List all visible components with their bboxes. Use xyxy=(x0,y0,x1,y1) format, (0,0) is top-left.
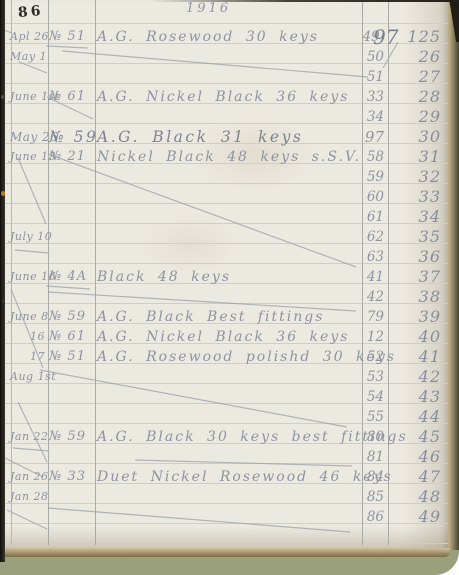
entry-date: Jan 28 xyxy=(10,490,49,504)
serial-number: 51 xyxy=(356,70,384,84)
entry-description: Black 48 keys xyxy=(97,270,231,284)
ledger-row: 5127 xyxy=(4,64,448,84)
model-number: № 59 xyxy=(49,130,98,144)
serial-number: 52 xyxy=(356,350,384,364)
entry-date: Jan 22 xyxy=(10,430,49,444)
running-number: 30 xyxy=(388,130,441,144)
running-number: 32 xyxy=(388,170,441,184)
entry-date: May 1 xyxy=(10,50,47,64)
running-number: 37 xyxy=(388,270,441,284)
entry-description: A.G. Nickel Black 36 keys xyxy=(97,330,349,344)
binding-speck xyxy=(1,95,4,99)
ledger-row: 6336 xyxy=(4,244,448,264)
ledger-row: Apl 26№ 51A.G. Rosewood 30 keys49.97125 xyxy=(4,24,448,44)
ledger-row: May 26№ 59A.G. Black 31 keys9730 xyxy=(4,124,448,144)
entry-date: 16 xyxy=(30,330,45,344)
ledger-row: 4238 xyxy=(4,284,448,304)
serial-number: 58 xyxy=(356,150,384,164)
running-number: 36 xyxy=(388,250,441,264)
running-number: 28 xyxy=(388,90,441,104)
ledger-row: 16№ 61A.G. Nickel Black 36 keys1240 xyxy=(4,324,448,344)
serial-number: 54 xyxy=(356,390,384,404)
serial-number: 97 xyxy=(356,130,384,144)
ledger-row: 8649 xyxy=(4,504,448,524)
ledger-row: 17№ 51A.G. Rosewood polishd 30 keys5241 xyxy=(4,344,448,364)
serial-number: 60 xyxy=(356,190,384,204)
ledger-row: 3429 xyxy=(4,104,448,124)
binding-speck xyxy=(2,300,5,303)
ledger-row: July 106235 xyxy=(4,224,448,244)
entry-description: A.G. Nickel Black 36 keys xyxy=(97,90,349,104)
serial-number: 41 xyxy=(356,270,384,284)
running-number: 34 xyxy=(388,210,441,224)
running-number: 35 xyxy=(388,230,441,244)
ledger-rows: Apl 26№ 51A.G. Rosewood 30 keys49.97125M… xyxy=(4,0,448,548)
ledger-page: 86 1916 Apl 26№ 51A.G. Rosewood 30 keys4… xyxy=(4,0,450,548)
running-number: 43 xyxy=(388,390,441,404)
entry-description: A.G. Rosewood 30 keys xyxy=(97,30,319,44)
page-stack-edge-bottom xyxy=(3,548,450,557)
serial-number: 63 xyxy=(356,250,384,264)
serial-number: 55 xyxy=(356,410,384,424)
entry-description: A.G. Black Best fittings xyxy=(97,310,324,324)
ledger-row: 8146 xyxy=(4,444,448,464)
serial-number: 86 xyxy=(356,510,384,524)
model-number: № 59 xyxy=(49,430,86,444)
serial-number: 61 xyxy=(356,210,384,224)
entry-date: Apl 26 xyxy=(10,30,49,44)
ledger-row: 6134 xyxy=(4,204,448,224)
running-number: 33 xyxy=(388,190,441,204)
entry-date: 17 xyxy=(30,350,45,364)
serial-number: 84 xyxy=(356,470,384,484)
running-number: 39 xyxy=(388,310,441,324)
serial-number: 50 xyxy=(356,50,384,64)
ledger-row: Aug 1st5342 xyxy=(4,364,448,384)
serial-number: 34 xyxy=(356,110,384,124)
running-number: 41 xyxy=(388,350,441,364)
ledger-row: June 1st№ 61A.G. Nickel Black 36 keys332… xyxy=(4,84,448,104)
serial-number: 59 xyxy=(356,170,384,184)
serial-number: 85 xyxy=(356,490,384,504)
running-number: 27 xyxy=(388,70,441,84)
running-number: 42 xyxy=(388,370,441,384)
ledger-row: Jan 288548 xyxy=(4,484,448,504)
running-number: 47 xyxy=(388,470,441,484)
model-number: № 61 xyxy=(49,330,86,344)
running-number: 49 xyxy=(388,510,441,524)
serial-number: 80 xyxy=(356,430,384,444)
model-number: № 33 xyxy=(49,470,86,484)
serial-number: 12 xyxy=(356,330,384,344)
entry-description: A.G. Black 31 keys xyxy=(97,130,303,144)
running-number: 125 xyxy=(388,30,441,44)
serial-number: 81 xyxy=(356,450,384,464)
serial-number: 33 xyxy=(356,90,384,104)
ledger-row: 5932 xyxy=(4,164,448,184)
entry-description: Nickel Black 48 keys s.S.V. xyxy=(97,150,361,164)
entry-description: Duet Nickel Rosewood 46 keys xyxy=(97,470,393,484)
ledger-row: 5544 xyxy=(4,404,448,424)
ledger-row: 6033 xyxy=(4,184,448,204)
ledger-row: Jan 26№ 33Duet Nickel Rosewood 46 keys84… xyxy=(4,464,448,484)
running-number: 48 xyxy=(388,490,441,504)
model-number: № 51 xyxy=(49,350,86,364)
model-number: № 59 xyxy=(49,310,86,324)
binding-speck xyxy=(1,191,5,196)
model-number: № 21 xyxy=(49,150,86,164)
entry-date: Aug 1st xyxy=(10,370,56,384)
entry-date: July 10 xyxy=(10,230,52,244)
running-number: 38 xyxy=(388,290,441,304)
running-number: 29 xyxy=(388,110,441,124)
running-number: 31 xyxy=(388,150,441,164)
serial-number: 79 xyxy=(356,310,384,324)
ledger-row: June 13№ 21Nickel Black 48 keys s.S.V.58… xyxy=(4,144,448,164)
model-number: № 51 xyxy=(49,30,86,44)
running-number: 44 xyxy=(388,410,441,424)
binding-edge xyxy=(0,0,5,562)
ledger-row: 5443 xyxy=(4,384,448,404)
model-number: № 61 xyxy=(49,90,86,104)
serial-number: 42 xyxy=(356,290,384,304)
ledger-row: June 8№ 59A.G. Black Best fittings7939 xyxy=(4,304,448,324)
running-number: 40 xyxy=(388,330,441,344)
photo-top-edge xyxy=(150,0,459,2)
scanned-ledger-page: 86 1916 Apl 26№ 51A.G. Rosewood 30 keys4… xyxy=(0,0,459,575)
ledger-row: May 15026 xyxy=(4,44,448,64)
ledger-row: June 16№ 4ABlack 48 keys4137 xyxy=(4,264,448,284)
running-number: 45 xyxy=(388,430,441,444)
serial-number: 62 xyxy=(356,230,384,244)
serial-number: 53 xyxy=(356,370,384,384)
entry-date: Jan 26 xyxy=(10,470,49,484)
ledger-row: Jan 22№ 59A.G. Black 30 keys best fittin… xyxy=(4,424,448,444)
entry-description: A.G. Rosewood polishd 30 keys xyxy=(97,350,396,364)
entry-date: June 8 xyxy=(10,310,49,324)
model-number: № 4A xyxy=(49,270,87,284)
running-number: 26 xyxy=(388,50,441,64)
running-number: 46 xyxy=(388,450,441,464)
